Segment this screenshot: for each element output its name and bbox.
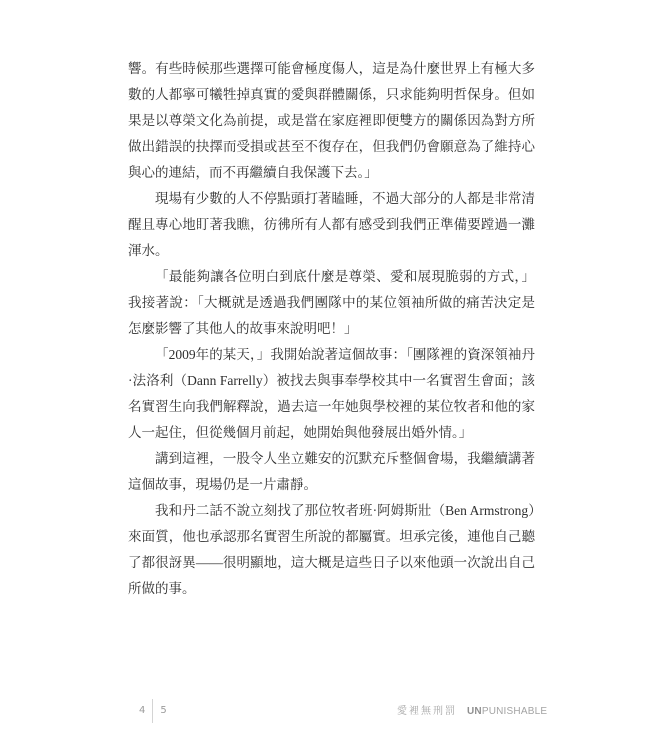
page-number-left: 4 xyxy=(139,705,145,716)
body-paragraph: 現場有少數的人不停點頭打著瞌睡，不過大部分的人都是非常清醒且專心地盯著我瞧，彷彿… xyxy=(128,186,535,264)
book-title-en-prefix: UN xyxy=(467,706,482,717)
page-footer-title: 愛裡無刑罰 UNPUNISHABLE xyxy=(397,702,547,717)
book-title-en: UNPUNISHABLE xyxy=(467,706,547,717)
body-paragraph: 響。有些時候那些選擇可能會極度傷人，這是為什麼世界上有極大多數的人都寧可犧牲掉真… xyxy=(128,56,535,186)
page-number-divider xyxy=(152,699,153,723)
body-paragraph: 講到這裡，一股令人坐立難安的沉默充斥整個會場，我繼續講著這個故事，現場仍是一片肅… xyxy=(128,446,535,498)
book-page: 響。有些時候那些選擇可能會極度傷人，這是為什麼世界上有極大多數的人都寧可犧牲掉真… xyxy=(0,0,650,750)
book-title-zh: 愛裡無刑罰 xyxy=(397,702,457,717)
page-text: 響。有些時候那些選擇可能會極度傷人，這是為什麼世界上有極大多數的人都寧可犧牲掉真… xyxy=(128,56,535,602)
book-title-en-suffix: PUNISHABLE xyxy=(482,706,547,717)
body-paragraph: 「最能夠讓各位明白到底什麼是尊榮、愛和展現脆弱的方式，」我接著說：「大概就是透過… xyxy=(128,264,535,342)
body-paragraph: 我和丹二話不說立刻找了那位牧者班·阿姆斯壯（Ben Armstrong）來面質，… xyxy=(128,498,535,602)
page-number-right: 5 xyxy=(160,705,166,716)
page-footer-numbers: 4 5 xyxy=(139,698,167,723)
body-paragraph: 「2009年的某天，」我開始說著這個故事：「團隊裡的資深領袖丹·法洛利（Dann… xyxy=(128,342,535,446)
